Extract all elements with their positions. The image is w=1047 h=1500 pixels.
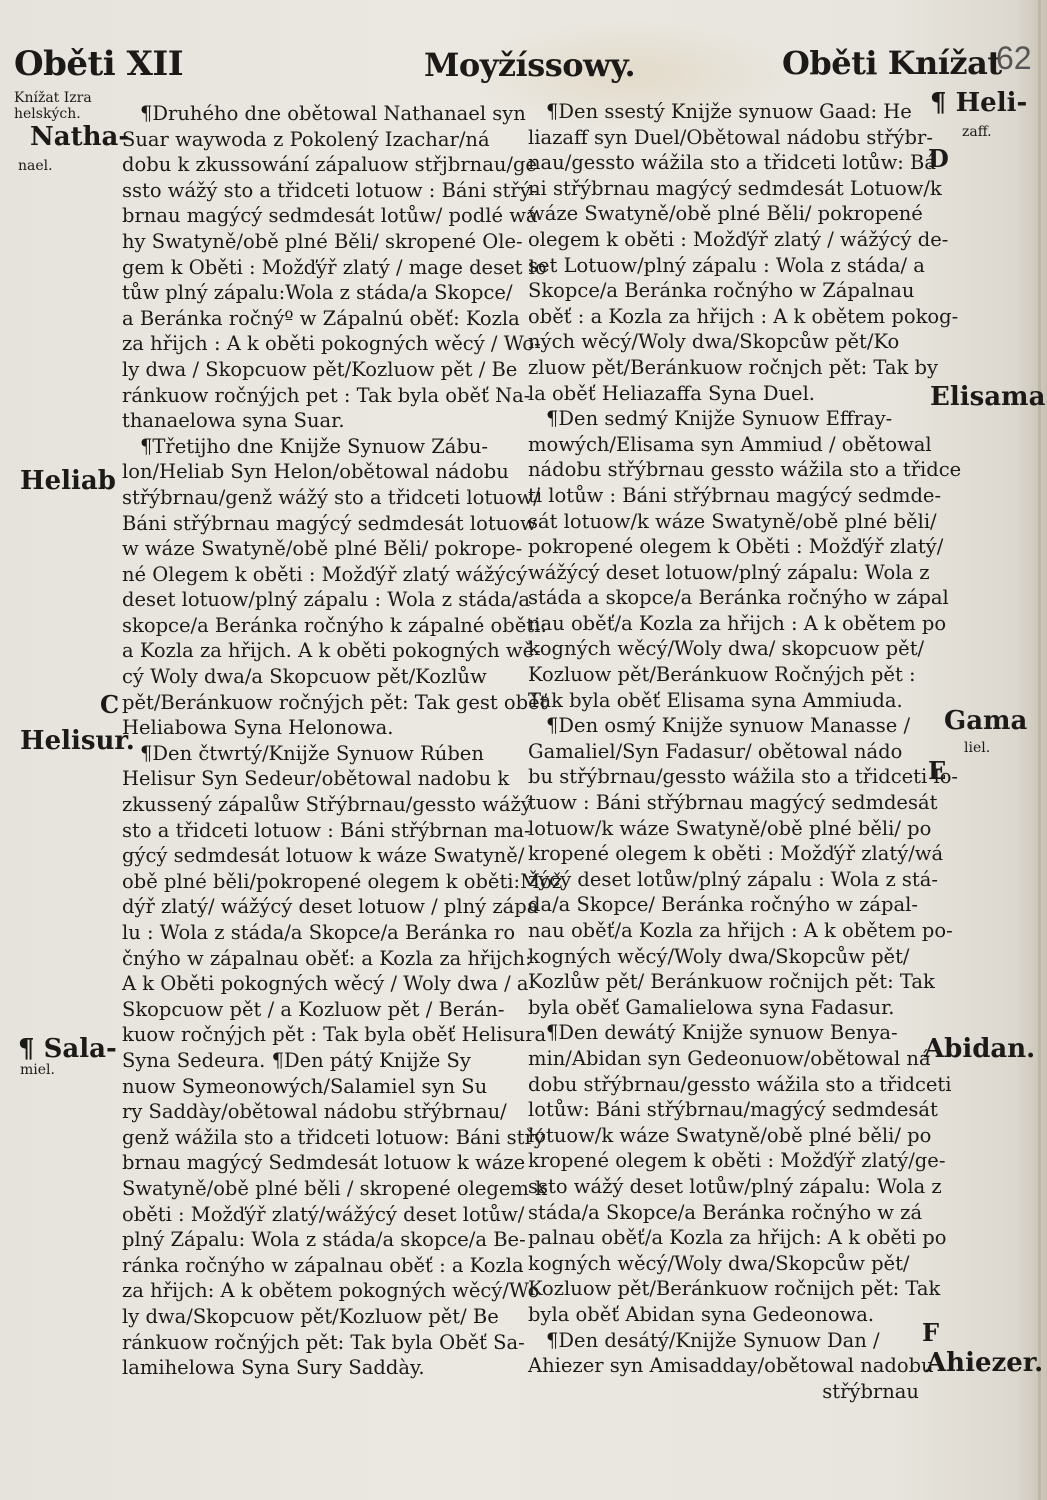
text-line: byla oběť Abidan syna Gedeonowa.: [528, 1302, 923, 1328]
text-line: plný Zápalu: Wola z stáda/a skopce/a Be-: [122, 1227, 512, 1253]
text-line: lotuow/k wáze Swatyně/obě plné běli/ po: [528, 1123, 923, 1149]
text-line: a Kozla za hřijch. A k oběti pokogných w…: [122, 638, 512, 664]
margin-name-ahiezer: Ahiezer.: [926, 1350, 1043, 1376]
text-line: lon/Heliab Syn Helon/obětowal nádobu: [122, 459, 512, 485]
folio-number: 62: [996, 40, 1032, 77]
text-line: skopce/a Beránka ročnýho k zápalné oběti…: [122, 613, 512, 639]
text-line: nau/gessto wážila sto a třidceti lotůw: …: [528, 150, 923, 176]
text-line: čnýho w zápalnau oběť: a Kozla za hřijch…: [122, 946, 512, 972]
text-line: tuow : Báni střýbrnau magýcý sedmdesát: [528, 790, 923, 816]
text-line: wáze Swatyně/obě plné Běli/ pokropené: [528, 201, 923, 227]
text-line: olegem k oběti : Možďýř zlatý / wážýcý d…: [528, 227, 923, 253]
text-line: nau oběť/a Kozla za hřijch : A k obětem …: [528, 918, 923, 944]
text-line: nau oběť/a Kozla za hřijch : A k obětem …: [528, 611, 923, 637]
text-line: byla oběť Gamalielowa syna Fadasur.: [528, 995, 923, 1021]
text-line: genž wážila sto a třidceti lotuow: Báni …: [122, 1125, 512, 1151]
text-line: ¶Den desátý/Knijže Synuow Dan /: [528, 1328, 923, 1354]
margin-name-elisama: Elisama: [930, 384, 1045, 410]
margin-note-knizat: Knížat Izra: [14, 90, 92, 106]
text-line: liazaff syn Duel/Obětowal nádobu střýbr-: [528, 125, 923, 151]
margin-note-izraelskych: helských.: [14, 106, 81, 122]
text-line: thanaelowa syna Suar.: [122, 408, 512, 434]
text-line: bu střýbrnau/gessto wážila sto a třidcet…: [528, 764, 923, 790]
text-line: la oběť Heliazaffa Syna Duel.: [528, 381, 923, 407]
text-line: kogných wěcý/Woly dwa/ skopcuow pět/: [528, 636, 923, 662]
text-line: wážýcý deset lotuow/plný zápalu: Wola z: [528, 560, 923, 586]
text-line: kropené olegem k oběti : Možďýř zlatý/ge…: [528, 1148, 923, 1174]
text-line: Skopce/a Beránka ročnýho w Zápalnau: [528, 278, 923, 304]
catchword: střýbrnau: [528, 1379, 923, 1405]
text-line: Báni střýbrnau magýcý sedmdesát lotuow: [122, 511, 512, 537]
text-line: ¶Den sedmý Knijže Synuow Effray-: [528, 406, 923, 432]
text-line: dobu k zkussowání zápaluow střjbrnau/ge: [122, 152, 512, 178]
text-line: Helisur Syn Sedeur/obětowal nadobu k: [122, 766, 512, 792]
text-line: nádobu střýbrnau gessto wážila sto a tři…: [528, 457, 923, 483]
right-text-column: ¶Den ssestý Knijže synuow Gaad: He liaza…: [528, 99, 923, 1404]
margin-name-heliazaf: ¶ Heli-: [930, 90, 1027, 116]
margin-name-heliazaf-cont: zaff.: [962, 124, 992, 140]
header-center-title: Moyžíssowy.: [424, 46, 635, 84]
text-line: ni střýbrnau magýcý sedmdesát Lotuow/k: [528, 176, 923, 202]
text-line: Kozluow pět/Beránkuow Ročnýjch pět :: [528, 662, 923, 688]
text-line: ránka ročnýho w zápalnau oběť : a Kozla: [122, 1253, 512, 1279]
text-line: oběti : Možďýř zlatý/wážýcý deset lotůw/: [122, 1202, 512, 1228]
text-line: ¶Den ssestý Knijže synuow Gaad: He: [528, 99, 923, 125]
text-line: Syna Sedeura. ¶Den pátý Knijže Sy: [122, 1048, 512, 1074]
text-line: palnau oběť/a Kozla za hřijch: A k oběti…: [528, 1225, 923, 1251]
margin-name-abidan: Abidan.: [924, 1036, 1035, 1062]
text-line: obě plné běli/pokropené olegem k oběti:M…: [122, 869, 512, 895]
text-line: ¶Den osmý Knijže synuow Manasse /: [528, 713, 923, 739]
text-line: žýcý deset lotůw/plný zápalu : Wola z st…: [528, 867, 923, 893]
text-line: nuow Symeonowých/Salamiel syn Su: [122, 1074, 512, 1100]
header-left-title: Oběti XII: [14, 44, 183, 84]
margin-name-salamiel-cont: miel.: [20, 1062, 55, 1078]
text-line: zluow pět/Beránkuow ročnjch pět: Tak by: [528, 355, 923, 381]
text-line: lamihelowa Syna Sury Saddày.: [122, 1355, 512, 1381]
text-line: sto a třidceti lotuow : Báni střýbrnan m…: [122, 818, 512, 844]
header-right-title: Oběti Knížat: [782, 44, 1002, 82]
text-line: oběť : a Kozla za hřijch : A k obětem po…: [528, 304, 923, 330]
margin-name-nathanael-cont: nael.: [18, 158, 53, 174]
text-line: ¶Den čtwrtý/Knijže Synuow Rúben: [122, 741, 512, 767]
text-line: kuow ročnýjch pět : Tak byla oběť Helisu…: [122, 1022, 512, 1048]
text-line: lotuow/k wáze Swatyně/obě plné běli/ po: [528, 816, 923, 842]
text-line: ¶Třetijho dne Knijže Synuow Zábu-: [122, 434, 512, 460]
text-line: dýř zlatý/ wážýcý deset lotuow / plný zá…: [122, 894, 512, 920]
text-line: cý Woly dwa/a Skopcuow pět/Kozlůw: [122, 664, 512, 690]
margin-name-helisur: Helisur.: [20, 728, 135, 754]
text-line: né Olegem k oběti : Možďýř zlatý wážýcý: [122, 562, 512, 588]
text-line: stáda/a Skopce/a Beránka ročnýho w zá: [528, 1200, 923, 1226]
text-line: kropené olegem k oběti : Možďýř zlatý/wá: [528, 841, 923, 867]
text-line: ssto wážý sto a třidceti lotuow : Báni s…: [122, 178, 512, 204]
margin-name-gamaliel-cont: liel.: [964, 740, 990, 756]
text-line: Gamaliel/Syn Fadasur/ obětowal nádo: [528, 739, 923, 765]
text-line: ných wěcý/Woly dwa/Skopcůw pět/Ko: [528, 329, 923, 355]
margin-name-gamaliel: Gama: [944, 708, 1027, 734]
running-header: Oběti XII Moyžíssowy. Oběti Knížat 62: [0, 40, 1047, 90]
text-line: Swatyně/obě plné běli / skropené olegem …: [122, 1176, 512, 1202]
text-line: Kozlůw pět/ Beránkuow ročnijch pět: Tak: [528, 969, 923, 995]
text-line: Tak byla oběť Elisama syna Ammiuda.: [528, 688, 923, 714]
text-line: brnau magýcý sedmdesát lotůw/ podlé wá: [122, 203, 512, 229]
text-line: lotůw: Báni střýbrnau/magýcý sedmdesát: [528, 1097, 923, 1123]
text-line: Ahiezer syn Amisadday/obětowal nadobu: [528, 1353, 923, 1379]
text-line: gýcý sedmdesát lotuow k wáze Swatyně/: [122, 843, 512, 869]
text-line: kogných wěcý/Woly dwa/Skopcůw pět/: [528, 944, 923, 970]
text-line: střýbrnau/genž wážý sto a třidceti lotuo…: [122, 485, 512, 511]
section-letter-f: F: [922, 1318, 939, 1347]
text-line: Skopcuow pět / a Kozluow pět / Berán-: [122, 997, 512, 1023]
text-line: min/Abidan syn Gedeonuow/obětowal ná: [528, 1046, 923, 1072]
text-line: gem k Oběti : Možďýř zlatý / mage deset …: [122, 255, 512, 281]
margin-name-salamiel: ¶ Sala-: [18, 1036, 117, 1062]
text-line: A k Oběti pokogných wěcý / Woly dwa / a: [122, 971, 512, 997]
text-line: ¶Druhého dne obětowal Nathanael syn: [122, 101, 512, 127]
text-line: lu : Wola z stáda/a Skopce/a Beránka ro: [122, 920, 512, 946]
text-line: ránkuow ročnýjch pet : Tak byla oběť Na-: [122, 383, 512, 409]
text-line: hy Swatyně/obě plné Běli/ skropené Ole-: [122, 229, 512, 255]
text-line: zkussený zápalůw Střýbrnau/gessto wážý: [122, 792, 512, 818]
text-line: dobu střýbrnau/gessto wážila sto a třidc…: [528, 1072, 923, 1098]
text-line: ti lotůw : Báni střýbrnau magýcý sedmde-: [528, 483, 923, 509]
text-line: sát lotuow/k wáze Swatyně/obě plné běli/: [528, 509, 923, 535]
text-line: da/a Skopce/ Beránka ročnýho w zápal-: [528, 892, 923, 918]
text-line: Suar waywoda z Pokolený Izachar/ná: [122, 127, 512, 153]
text-line: a Beránka ročnýº w Zápalnú oběť: Kozla: [122, 306, 512, 332]
margin-name-heliab: Heliab: [20, 468, 116, 494]
text-line: pět/Beránkuow ročnýjch pět: Tak gest obě…: [122, 690, 512, 716]
text-line: kogných wěcý/Woly dwa/Skopcůw pět/: [528, 1251, 923, 1277]
text-line: stáda a skopce/a Beránka ročnýho w zápal: [528, 585, 923, 611]
text-line: ssto wážý deset lotůw/plný zápalu: Wola …: [528, 1174, 923, 1200]
text-line: w wáze Swatyně/obě plné Běli/ pokrope-: [122, 536, 512, 562]
text-line: ly dwa / Skopcuow pět/Kozluow pět / Be: [122, 357, 512, 383]
text-line: brnau magýcý Sedmdesát lotuow k wáze: [122, 1150, 512, 1176]
left-text-column: ¶Druhého dne obětowal Nathanael syn Suar…: [122, 101, 512, 1381]
text-line: ry Saddày/obětowal nádobu střýbrnau/: [122, 1099, 512, 1125]
text-line: za hřijch: A k obětem pokogných wěcý/Wo: [122, 1278, 512, 1304]
margin-name-nathanael: Natha-: [30, 124, 129, 150]
text-line: deset lotuow/plný zápalu : Wola z stáda/…: [122, 587, 512, 613]
text-line: ly dwa/Skopcuow pět/Kozluow pět/ Be: [122, 1304, 512, 1330]
text-line: Heliabowa Syna Helonowa.: [122, 715, 512, 741]
text-line: ¶Den dewátý Knijže synuow Benya-: [528, 1020, 923, 1046]
page-edge: [1038, 0, 1041, 1500]
text-line: tůw plný zápalu:Wola z stáda/a Skopce/: [122, 280, 512, 306]
section-letter-c: C: [100, 690, 119, 719]
text-line: pokropené olegem k Oběti : Možďýř zlatý/: [528, 534, 923, 560]
text-line: set Lotuow/plný zápalu : Wola z stáda/ a: [528, 253, 923, 279]
book-page: Oběti XII Moyžíssowy. Oběti Knížat 62 Kn…: [0, 0, 1047, 1500]
text-line: za hřijch : A k oběti pokogných wěcý / W…: [122, 331, 512, 357]
text-line: ránkuow ročnýjch pět: Tak byla Oběť Sa-: [122, 1330, 512, 1356]
text-line: Kozluow pět/Beránkuow ročnijch pět: Tak: [528, 1276, 923, 1302]
text-line: mowých/Elisama syn Ammiud / obětowal: [528, 432, 923, 458]
